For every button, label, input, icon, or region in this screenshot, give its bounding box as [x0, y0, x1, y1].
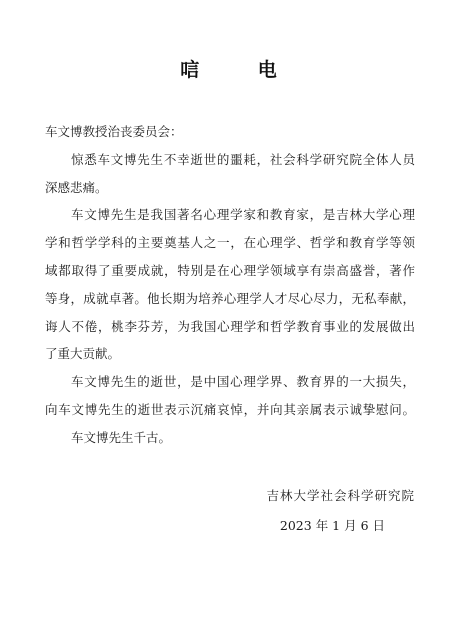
paragraph-mourning: 车文博先生的逝世，是中国心理学界、教育界的一大损失， 向车文博先生的逝世表示沉痛…: [45, 368, 415, 424]
paragraph-line: 诲人不倦，桃李芬芳，为我国心理学和哲学教育事业的发展做出: [45, 313, 415, 341]
paragraph-line: 深感悲痛。: [45, 174, 415, 202]
paragraph-line: 域都取得了重要成就，特别是在心理学领域享有崇高盛誉，著作: [45, 257, 415, 285]
salutation: 车文博教授治丧委员会：: [45, 118, 415, 146]
paragraph-line: 等身，成就卓著。他长期为培养心理学人才尽心尽力，无私奉献，: [45, 285, 415, 313]
signature-block: 吉林大学社会科学研究院 2023 年 1 月 6 日: [250, 481, 415, 541]
paragraph-line: 了重大贡献。: [45, 340, 415, 368]
signature-organization: 吉林大学社会科学研究院: [250, 481, 415, 511]
paragraph-biography: 车文博先生是我国著名心理学家和教育家，是吉林大学心理 学和哲学学科的主要奠基人之…: [45, 201, 415, 368]
paragraph-line: 车文博先生是我国著名心理学家和教育家，是吉林大学心理: [45, 201, 415, 229]
paragraph-line: 车文博先生千古。: [45, 424, 415, 452]
paragraph-condolence: 惊悉车文博先生不幸逝世的噩耗，社会科学研究院全体人员 深感悲痛。: [45, 146, 415, 202]
letter-body: 车文博教授治丧委员会： 惊悉车文博先生不幸逝世的噩耗，社会科学研究院全体人员 深…: [45, 118, 415, 452]
signature-date: 2023 年 1 月 6 日: [250, 511, 415, 541]
paragraph-farewell: 车文博先生千古。: [45, 424, 415, 452]
paragraph-line: 学和哲学学科的主要奠基人之一，在心理学、哲学和教育学等领: [45, 229, 415, 257]
condolence-letter-page: 唁 电 车文博教授治丧委员会： 惊悉车文博先生不幸逝世的噩耗，社会科学研究院全体…: [0, 0, 457, 630]
paragraph-line: 向车文博先生的逝世表示沉痛哀悼，并向其亲属表示诚挚慰问。: [45, 396, 415, 424]
paragraph-line: 车文博先生的逝世，是中国心理学界、教育界的一大损失，: [45, 368, 415, 396]
document-title: 唁 电: [0, 57, 457, 83]
paragraph-line: 惊悉车文博先生不幸逝世的噩耗，社会科学研究院全体人员: [45, 146, 415, 174]
